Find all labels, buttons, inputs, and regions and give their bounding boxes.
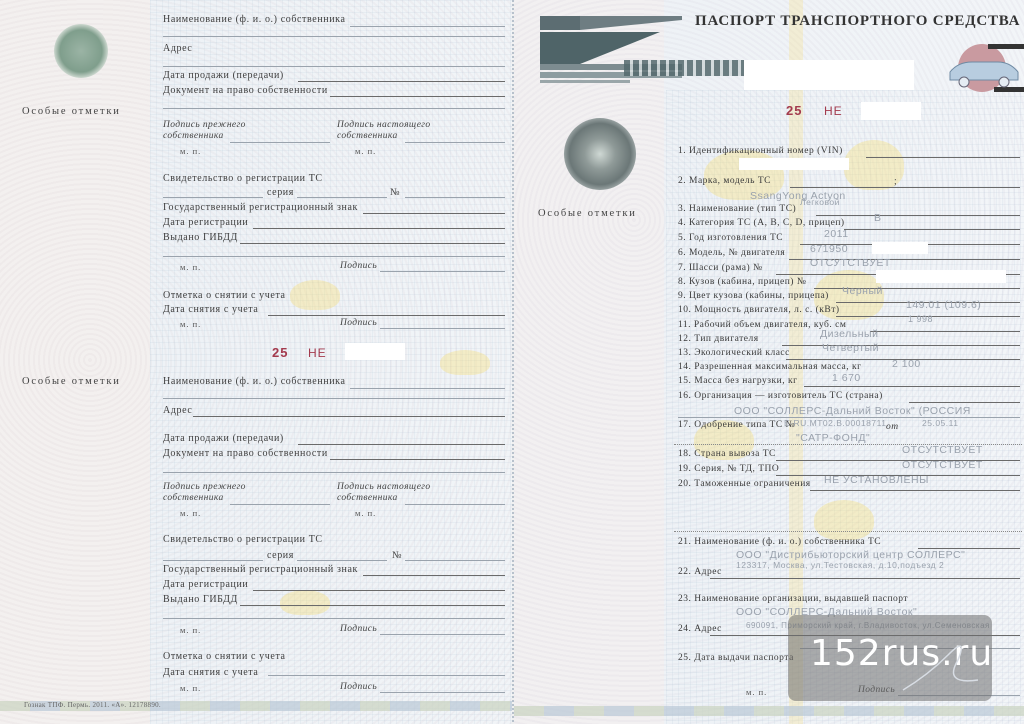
reg-date-field[interactable] xyxy=(253,228,505,229)
owner-name-label: Наименование (ф. и. о.) собственника xyxy=(163,376,346,387)
issuer-org-label: 23. Наименование организации, выдавшей п… xyxy=(678,594,908,604)
signature-field[interactable] xyxy=(380,271,505,272)
document-title: ПАСПОРТ ТРАНСПОРТНОГО СРЕДСТВА xyxy=(695,13,1020,30)
number-field[interactable] xyxy=(405,560,505,561)
chassis-value: ОТСУТСТВУЕТ xyxy=(810,257,891,269)
serial-series: НЕ xyxy=(308,346,327,360)
prev-owner-signature-field[interactable] xyxy=(230,504,330,505)
customs-doc-value: ОТСУТСТВУЕТ xyxy=(902,459,983,471)
plate-field[interactable] xyxy=(363,213,505,214)
signature-field[interactable] xyxy=(380,692,505,693)
curb-mass-label: 15. Масса без нагрузки, кг xyxy=(678,376,798,386)
series-field[interactable] xyxy=(297,197,387,198)
sale-date-field[interactable] xyxy=(298,444,505,445)
engine-type-label: 12. Тип двигателя xyxy=(678,334,759,344)
cur-owner-signature-label: Подпись настоящего xyxy=(337,482,431,492)
color-label: 9. Цвет кузова (кабины, прицепа) xyxy=(678,291,829,301)
left-page: Особые отметки Особые отметки Наименован… xyxy=(0,0,512,724)
stamp-place-label: м. п. xyxy=(746,687,767,697)
redacted-body-number xyxy=(876,270,1006,283)
issued-by-label: Выдано ГИБДД xyxy=(163,232,238,243)
section-divider xyxy=(674,531,1022,532)
special-marks-label: Особые отметки xyxy=(538,208,637,219)
engine-label: 6. Модель, № двигателя xyxy=(678,248,785,258)
redacted-vin xyxy=(739,158,849,170)
power-label: 10. Мощность двигателя, л. с. (кВт) xyxy=(678,305,840,315)
issue-date-label: 25. Дата выдачи паспорта xyxy=(678,653,794,663)
engine-type-value: Дизельный xyxy=(820,328,878,340)
prev-owner-signature-label-2: собственника xyxy=(163,493,224,503)
semicolon: ; xyxy=(894,176,897,187)
stamp-place-label: м. п. xyxy=(180,683,201,693)
address-field[interactable] xyxy=(163,66,505,67)
cur-owner-signature-field[interactable] xyxy=(405,504,505,505)
vin-field[interactable] xyxy=(866,157,1020,158)
owner-name-field-2[interactable] xyxy=(163,36,505,37)
car-emblem-icon xyxy=(948,40,1024,96)
watermark-badge: 152rus.ru xyxy=(788,615,992,701)
owner-name-field[interactable] xyxy=(350,388,505,389)
reg-cert-field[interactable] xyxy=(163,560,263,561)
owner-name-label: 21. Наименование (ф. и. о.) собственника… xyxy=(678,537,881,547)
eco-class-label: 13. Экологический класс xyxy=(678,348,790,358)
series-field[interactable] xyxy=(297,560,387,561)
series-label: серия xyxy=(267,187,294,198)
cur-owner-signature-field[interactable] xyxy=(405,142,505,143)
series-label: серия xyxy=(267,550,294,561)
decorative-band xyxy=(514,706,1024,716)
owner-address-value: 123317, Москва, ул.Тестовская, д.10,подъ… xyxy=(736,560,944,570)
prev-owner-signature-label-2: собственника xyxy=(163,131,224,141)
emblem-icon xyxy=(564,118,636,190)
special-marks-label: Особые отметки xyxy=(22,376,121,387)
address-label: Адрес xyxy=(163,43,192,54)
separator xyxy=(163,472,505,473)
cur-owner-signature-label-2: собственника xyxy=(337,493,398,503)
header-pattern xyxy=(624,60,744,76)
body-label: 8. Кузов (кабина, прицеп) № xyxy=(678,277,806,287)
max-mass-field[interactable] xyxy=(804,386,1020,387)
vehicle-type-value: Легковой xyxy=(800,197,840,207)
type-approval-issuer-value: "САТР-ФОНД" xyxy=(796,432,870,444)
vin-label: 1. Идентификационный номер (VIN) xyxy=(678,146,843,156)
signature-scribble-icon xyxy=(898,635,988,695)
year-value: 2011 xyxy=(824,228,849,240)
owner-name-field-2[interactable] xyxy=(163,398,505,399)
number-label: № xyxy=(390,187,400,198)
stamp-place-label: м. п. xyxy=(180,146,201,156)
vehicle-type-label: 3. Наименование (тип ТС) xyxy=(678,204,796,214)
ownership-doc-label: Документ на право собственности xyxy=(163,448,328,459)
signature-label: Подпись xyxy=(340,624,377,634)
reg-date-label: Дата регистрации xyxy=(163,217,248,228)
sale-date-label: Дата продажи (передачи) xyxy=(163,433,284,444)
signature-label: Подпись xyxy=(340,318,377,328)
curb-mass-value: 1 670 xyxy=(832,372,861,384)
color-value: Черный xyxy=(842,285,883,297)
owner-name-field[interactable] xyxy=(350,26,505,27)
stamp-place-label: м. п. xyxy=(180,508,201,518)
export-country-field[interactable] xyxy=(776,460,1020,461)
number-label: № xyxy=(392,550,402,561)
special-marks-label: Особые отметки xyxy=(22,106,121,117)
type-approval-label: 17. Одобрение типа ТС № xyxy=(678,420,795,430)
signature-label: Подпись xyxy=(340,682,377,692)
serial-prefix: 25 xyxy=(272,345,288,360)
ownership-doc-label: Документ на право собственности xyxy=(163,85,328,96)
prev-owner-signature-label: Подпись прежнего xyxy=(163,120,246,130)
owner-address-field[interactable] xyxy=(710,578,1020,579)
manufacturer-value: ООО "СОЛЛЕРС-Дальний Восток" (РОССИЯ xyxy=(734,405,971,417)
category-label: 4. Категория ТС (A, B, C, D, прицеп) xyxy=(678,218,845,228)
plate-field[interactable] xyxy=(363,575,505,576)
category-field[interactable] xyxy=(844,229,1020,230)
stamp-place-label: м. п. xyxy=(355,508,376,518)
stamp-place-label: м. п. xyxy=(180,625,201,635)
eco-class-value: Четвертый xyxy=(822,342,879,354)
reg-cert-field[interactable] xyxy=(163,197,263,198)
header-blank xyxy=(744,60,914,90)
sale-date-label: Дата продажи (передачи) xyxy=(163,70,284,81)
max-mass-value: 2 100 xyxy=(892,358,921,370)
dereg-mark-label: Отметка о снятии с учета xyxy=(163,290,286,301)
owner-name-label: Наименование (ф. и. о.) собственника xyxy=(163,14,346,25)
address-label: Адрес xyxy=(163,405,192,416)
make-model-label: 2. Марка, модель ТС xyxy=(678,176,771,186)
prev-owner-signature-label: Подпись прежнего xyxy=(163,482,246,492)
chassis-label: 7. Шасси (рама) № xyxy=(678,263,763,273)
stamp-place-label: м. п. xyxy=(180,319,201,329)
year-label: 5. Год изготовления ТС xyxy=(678,233,783,243)
owner-address-label: 22. Адрес xyxy=(678,567,722,577)
stamp-place-label: м. п. xyxy=(355,146,376,156)
vehicle-type-field[interactable] xyxy=(816,215,1020,216)
plate-label: Государственный регистрационный знак xyxy=(163,564,358,575)
export-country-value: ОТСУТСТВУЕТ xyxy=(902,444,983,456)
signature-field[interactable] xyxy=(380,328,505,329)
printer-imprint: Гознак ТПФ. Пермь. 2011. «А». 12178890. xyxy=(24,701,161,709)
signature-label: Подпись xyxy=(340,261,377,271)
displacement-value: 1 998 xyxy=(908,314,933,324)
cur-owner-signature-label: Подпись настоящего xyxy=(337,120,431,130)
sale-date-field[interactable] xyxy=(298,81,505,82)
ownership-doc-field[interactable] xyxy=(330,96,505,97)
customs-doc-label: 19. Серия, № ТД, ТПО xyxy=(678,464,779,474)
type-approval-date-value: 25.05.11 xyxy=(922,418,958,428)
customs-restrictions-value: НЕ УСТАНОВЛЕНЫ xyxy=(824,474,929,486)
manufacturer-label: 16. Организация — изготовитель ТС (стран… xyxy=(678,391,883,401)
serial-prefix: 25 xyxy=(786,103,802,118)
customs-restrictions-field[interactable] xyxy=(810,490,1020,491)
reg-cert-label: Свидетельство о регистрации ТС xyxy=(163,534,323,545)
ownership-doc-field[interactable] xyxy=(330,459,505,460)
separator xyxy=(163,108,505,109)
issued-by-field[interactable] xyxy=(240,605,505,606)
signature-field[interactable] xyxy=(380,634,505,635)
dereg-mark-label: Отметка о снятии с учета xyxy=(163,651,286,662)
separator xyxy=(163,618,505,619)
serial-series: НЕ xyxy=(824,104,843,118)
engine-type-field[interactable] xyxy=(782,345,1020,346)
reg-date-label: Дата регистрации xyxy=(163,579,248,590)
address-field[interactable] xyxy=(193,416,505,417)
plate-label: Государственный регистрационный знак xyxy=(163,202,358,213)
type-approval-value: Е-RU.MT02.В.00018711 xyxy=(784,418,886,428)
make-model-field[interactable] xyxy=(790,187,1020,188)
dereg-date-field[interactable] xyxy=(268,315,505,316)
number-field[interactable] xyxy=(405,197,505,198)
redacted-serial-number xyxy=(345,343,405,360)
prev-owner-signature-field[interactable] xyxy=(230,142,330,143)
stamp-place-label: м. п. xyxy=(180,262,201,272)
redacted-engine-number xyxy=(872,242,928,254)
max-mass-label: 14. Разрешенная максимальная масса, кг xyxy=(678,362,862,372)
customs-restrictions-label: 20. Таможенные ограничения xyxy=(678,479,811,489)
manufacturer-field[interactable] xyxy=(909,402,1020,403)
export-country-label: 18. Страна вывоза ТС xyxy=(678,449,776,459)
reg-date-field[interactable] xyxy=(253,590,505,591)
engine-value: 671950 xyxy=(810,243,848,255)
dereg-date-label: Дата снятия с учета xyxy=(163,304,258,315)
dereg-date-label: Дата снятия с учета xyxy=(163,667,258,678)
year-field-2[interactable] xyxy=(924,244,1020,245)
power-value: 149.01 (109.6) xyxy=(906,299,981,311)
separator xyxy=(163,256,505,257)
emblem-icon xyxy=(54,24,108,78)
category-value: В xyxy=(874,212,882,224)
cur-owner-signature-label-2: собственника xyxy=(337,131,398,141)
dereg-date-field[interactable] xyxy=(268,675,505,676)
issued-by-label: Выдано ГИБДД xyxy=(163,594,238,605)
redacted-serial-number xyxy=(861,102,921,120)
reg-cert-label: Свидетельство о регистрации ТС xyxy=(163,173,323,184)
displacement-field[interactable] xyxy=(870,331,1020,332)
type-approval-date-label: от xyxy=(886,422,899,432)
issued-by-field[interactable] xyxy=(240,243,505,244)
issuer-address-label: 24. Адрес xyxy=(678,624,722,634)
